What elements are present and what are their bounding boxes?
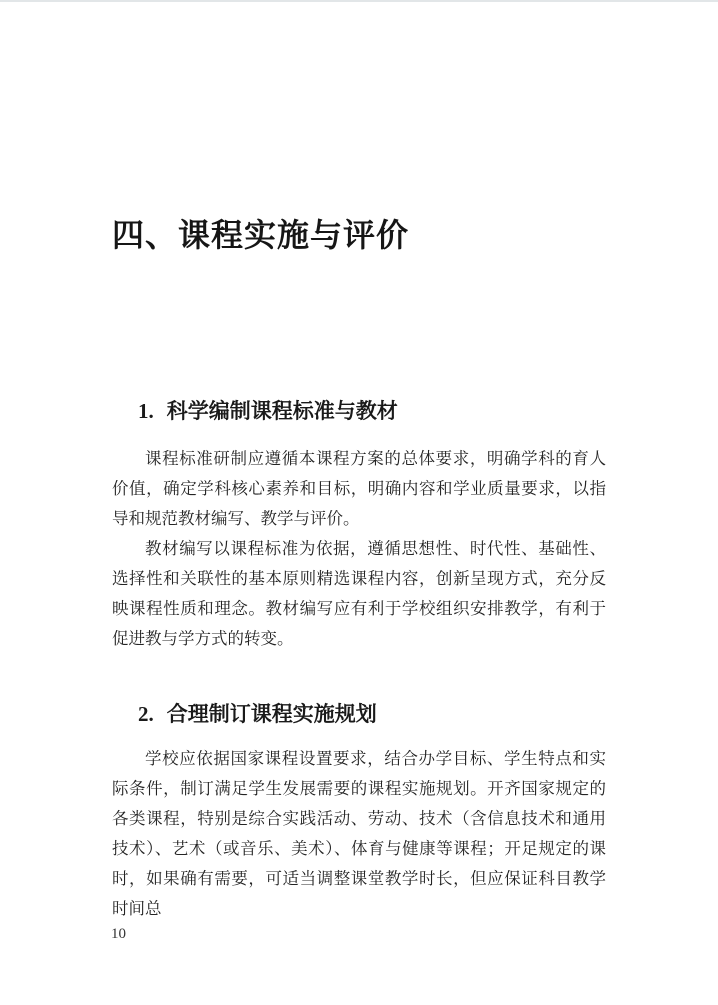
section-1-body: 课程标准研制应遵循本课程方案的总体要求，明确学科的育人价值，确定学科核心素养和目… [112, 444, 606, 654]
section-2-heading: 2.合理制订课程实施规划 [138, 699, 606, 730]
paragraph: 课程标准研制应遵循本课程方案的总体要求，明确学科的育人价值，确定学科核心素养和目… [112, 444, 606, 534]
section-1-title: 科学编制课程标准与教材 [167, 400, 398, 423]
page-number: 10 [111, 923, 126, 945]
chapter-title: 四、课程实施与评价 [112, 213, 606, 257]
page-top-edge [0, 0, 718, 2]
section-2-body: 学校应依据国家课程设置要求，结合办学目标、学生特点和实际条件，制订满足学生发展需… [112, 744, 606, 924]
section-2-title: 合理制订课程实施规划 [167, 703, 377, 726]
section-2-number: 2. [138, 699, 154, 729]
section-1-number: 1. [138, 396, 154, 426]
section-1-heading: 1.科学编制课程标准与教材 [138, 396, 606, 427]
document-page: 四、课程实施与评价 1.科学编制课程标准与教材 课程标准研制应遵循本课程方案的总… [0, 0, 718, 1005]
paragraph: 教材编写以课程标准为依据，遵循思想性、时代性、基础性、选择性和关联性的基本原则精… [112, 534, 606, 654]
paragraph: 学校应依据国家课程设置要求，结合办学目标、学生特点和实际条件，制订满足学生发展需… [112, 744, 606, 924]
